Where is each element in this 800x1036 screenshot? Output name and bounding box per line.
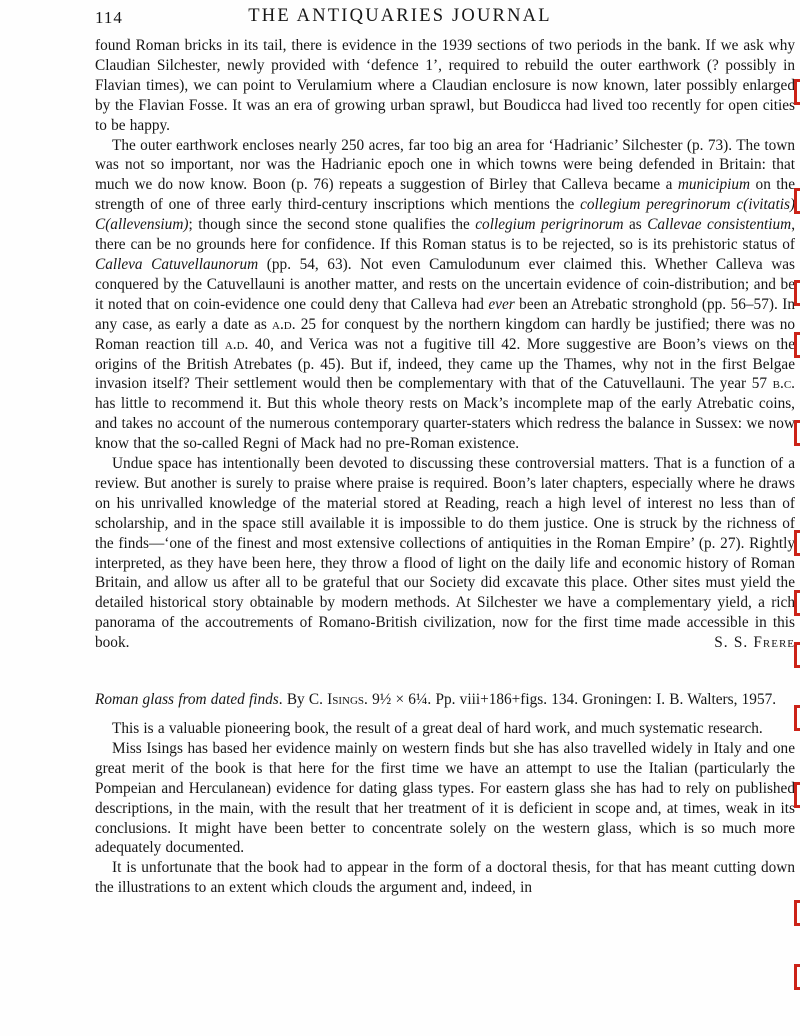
smallcaps-text: A.D. (225, 336, 249, 353)
text-segment: as (624, 216, 648, 233)
red-annotation-box (794, 280, 800, 306)
text-segment: It is unfortunate that the book had to a… (95, 859, 795, 896)
smallcaps-text: B.C. (773, 375, 795, 392)
italic-text: Calleva Catuvellaunorum (95, 256, 258, 273)
italic-text: Roman glass from dated finds (95, 691, 279, 708)
book-review-heading: Roman glass from dated finds. By C. Isin… (95, 690, 795, 710)
paragraph: Miss Isings has based her evidence mainl… (95, 739, 795, 858)
paragraph: It is unfortunate that the book had to a… (95, 858, 795, 898)
red-annotation-box (794, 332, 800, 358)
frere-review-body: found Roman bricks in its tail, there is… (95, 36, 795, 653)
red-annotation-box (794, 79, 800, 105)
page-content: found Roman bricks in its tail, there is… (95, 36, 795, 898)
paragraph: This is a valuable pioneering book, the … (95, 719, 795, 739)
paragraph: Undue space has intentionally been devot… (95, 454, 795, 653)
italic-text: municipium (678, 176, 750, 193)
red-annotation-box (794, 642, 800, 668)
red-annotation-box (794, 782, 800, 808)
red-annotation-box (794, 530, 800, 556)
book-review-heading-block: Roman glass from dated finds. By C. Isin… (95, 690, 795, 710)
italic-text: collegium perigrinorum (475, 216, 623, 233)
text-segment: . 9½ × 6¼. Pp. viii+186+figs. 134. Groni… (364, 691, 776, 708)
red-annotation-box (794, 900, 800, 926)
text-segment: has little to recommend it. But this who… (95, 395, 795, 452)
text-segment: . By C. (279, 691, 327, 708)
paragraph: found Roman bricks in its tail, there is… (95, 36, 795, 136)
text-segment: ; though since the second stone qualifie… (188, 216, 475, 233)
isings-review-body: This is a valuable pioneering book, the … (95, 719, 795, 898)
italic-text: Callevae consistentium (647, 216, 791, 233)
red-annotation-box (794, 964, 800, 990)
smallcaps-text: A.D. (272, 316, 296, 333)
smallcaps-text: Isings (327, 691, 364, 708)
red-annotation-box (794, 188, 800, 214)
reviewer-signature: S. S. Frere (685, 633, 795, 653)
paragraph: The outer earthwork encloses nearly 250 … (95, 136, 795, 455)
text-segment: This is a valuable pioneering book, the … (112, 720, 763, 737)
journal-page: 114 THE ANTIQUARIES JOURNAL found Roman … (0, 0, 800, 1036)
italic-text: ever (488, 296, 514, 313)
page-number: 114 (95, 8, 123, 28)
text-segment: Undue space has intentionally been devot… (95, 455, 795, 651)
red-annotation-box (794, 590, 800, 616)
page-header: 114 THE ANTIQUARIES JOURNAL (0, 6, 800, 32)
red-annotation-box (794, 420, 800, 446)
red-annotation-box (794, 705, 800, 731)
text-segment: found Roman bricks in its tail, there is… (95, 37, 795, 134)
text-segment: Miss Isings has based her evidence mainl… (95, 740, 795, 857)
